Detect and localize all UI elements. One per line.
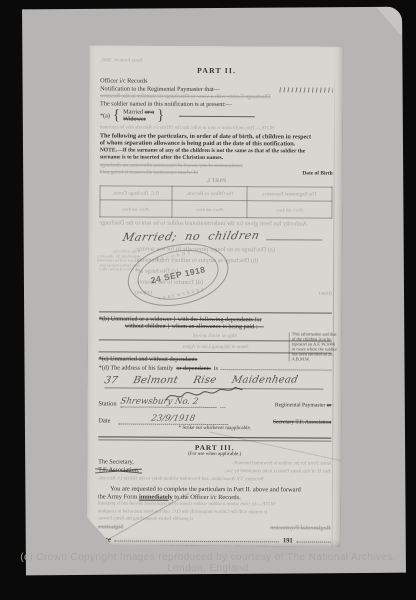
- struck-or-a: or a: [145, 109, 154, 116]
- clause-d-line: *(d) The address of his family or depend…: [99, 363, 332, 372]
- forwarding-lines: Secretary T.F. Association, and forwarde…: [98, 475, 331, 494]
- clause-d-struck: or dependants: [176, 365, 211, 372]
- clause-a-label: *(a): [100, 112, 110, 119]
- form-line: without children } whom an allowance is …: [99, 322, 332, 331]
- table-cell: O.C. Discharge Centre,: [100, 186, 172, 200]
- final-date-line-short: [297, 536, 331, 542]
- form-line: Secretary T.F. Association, and forwarde…: [98, 475, 331, 484]
- station-label: Station: [98, 400, 116, 407]
- part2-header: Army Form W. 3065. PART II.: [100, 65, 333, 75]
- station-row: Station Shrewsbury No. 2 Regimental Paym…: [98, 391, 331, 408]
- note-bleed-lines: NOTE.—In cases where a soldier wishes cl…: [98, 500, 331, 531]
- clause-d-suffix: is: [214, 365, 218, 372]
- part2-title: PART II.: [197, 66, 236, 75]
- paymaster-designation: Regimental Paymaster or: [229, 402, 331, 409]
- tf-association-struck: T.F. Association.: [98, 466, 139, 474]
- form-line: Authority has been given for the underme…: [99, 219, 332, 228]
- left-margin-bleed-note: If the soldier has dependants the allowa…: [96, 249, 140, 272]
- open-brace: {: [113, 108, 120, 122]
- date-label: Date: [98, 417, 110, 424]
- double-rule-divider: [98, 436, 331, 441]
- date-handwriting: 23/9/1918: [151, 414, 197, 424]
- form-number-bleed: Army Form W. 3065.: [100, 58, 143, 63]
- army-form-paper: Army Form W. 3065. PART II. Officer i/c …: [87, 45, 344, 546]
- form-line: (d) Transfer to the Reserve.: [135, 276, 332, 288]
- close-brace: }: [157, 109, 164, 123]
- form-line: NOTE.—This notification is sent in order…: [100, 124, 333, 133]
- dotted-fill-line: [221, 364, 332, 371]
- date-entry: 23/9/1918: [118, 413, 228, 425]
- option-widower-struck: Widower: [123, 116, 154, 123]
- table-cell: The Officer i/c Records,: [172, 186, 247, 200]
- handwritten-status: Married; no children: [123, 229, 332, 243]
- date-row: Date 23/9/1918 Secretary T.F. Associatio…: [98, 411, 331, 425]
- fill-in-line: [179, 115, 255, 116]
- form-content: Army Form W. 3065. PART II. Officer i/c …: [87, 45, 344, 546]
- signature-line: [221, 402, 226, 408]
- table-cell: The Regimental Paymaster,: [247, 187, 332, 201]
- form-line: The soldier named in this notification i…: [100, 100, 333, 109]
- form-line: Discharge Centre with a view to Discharg…: [100, 92, 333, 101]
- opening-lines: Officer i/c RecordsNotification to the R…: [100, 77, 333, 108]
- table-cell: (Place and date): [247, 201, 332, 218]
- struck-or: or: [327, 402, 332, 408]
- margin-note: This information and that of the childre…: [289, 332, 338, 362]
- part1-bleed-table: O.C. Discharge Centre, The Officer i/c R…: [99, 185, 332, 218]
- marital-options: Married or a Widower: [123, 109, 154, 123]
- handwritten-strike-scribble: [277, 87, 333, 92]
- part3-subtitle: (For use when applicable.): [98, 451, 331, 457]
- children-particulars-lines: NOTE.—This notification is sent in order…: [100, 124, 333, 185]
- final-date-line: [115, 535, 279, 542]
- clause-d-prefix: *(d) The address of his family: [99, 364, 174, 371]
- mat-corner-fold: [376, 7, 402, 37]
- final-date-year: 191: [283, 537, 293, 544]
- immediately-emphasis: immediately: [139, 493, 173, 500]
- marital-status-bracket: *(a) { Married or a Widower }: [100, 108, 333, 123]
- archive-copyright-caption: (c) Crown Copyright Images reproduced by…: [0, 552, 416, 574]
- table-cell: (Place and date): [172, 200, 247, 217]
- authority-bleed-line: Authority has been given for the underme…: [99, 219, 332, 228]
- form-line: PART I.: [100, 177, 333, 186]
- scanned-document-page: { "caption": "(c) Crown Copyright Images…: [0, 0, 416, 600]
- table-cell: (Place and date): [100, 200, 172, 217]
